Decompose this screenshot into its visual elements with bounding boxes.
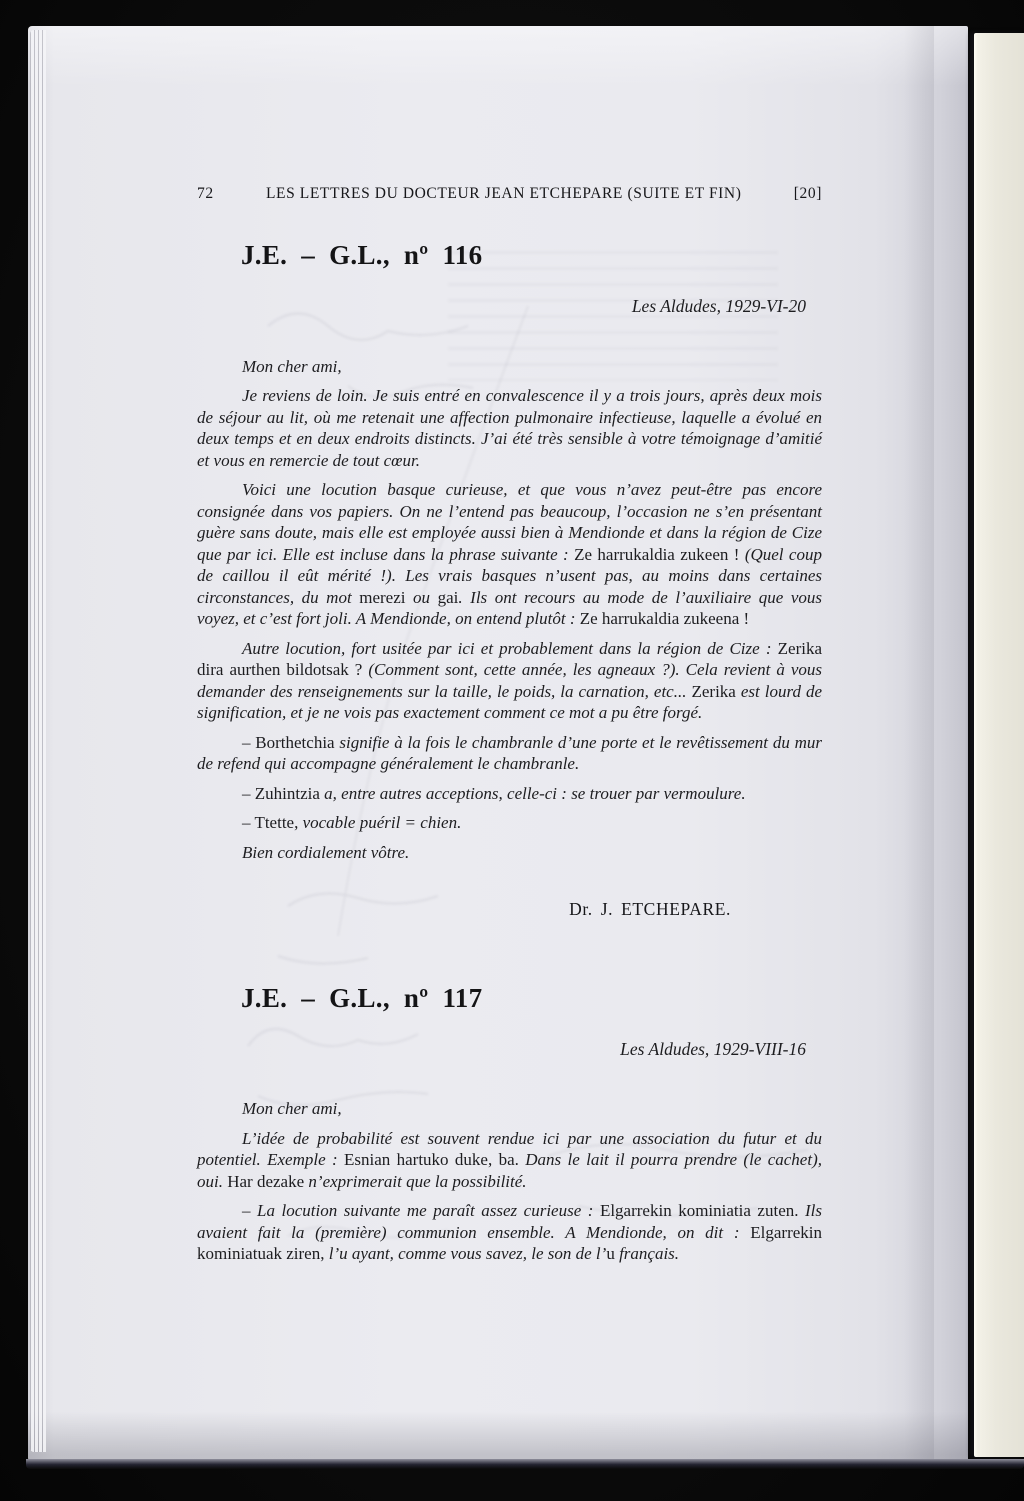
french-text: l’u ayant, comme vous savez, le son de l… xyxy=(329,1244,607,1263)
basque-term: merezi xyxy=(359,588,405,607)
letter-116-title: J.E. – G.L., nº 116 xyxy=(241,240,822,270)
letter-paragraph: – Ttette, vocable puéril = chien. xyxy=(197,812,822,834)
french-text: – La locution suivante me paraît assez c… xyxy=(242,1201,600,1220)
basque-term: Ze harrukaldia zukeen ! xyxy=(574,545,745,564)
book-page: 72 LES LETTRES DU DOCTEUR JEAN ETCHEPARE… xyxy=(28,26,968,1462)
page-number: 72 xyxy=(197,184,214,204)
letter-paragraph: Autre locution, fort usitée par ici et p… xyxy=(197,638,822,724)
french-text: n’exprimerait que la possibilité. xyxy=(308,1172,526,1191)
letter-116: J.E. – G.L., nº 116 Les Aldudes, 1929-VI… xyxy=(197,240,822,921)
next-page-edge xyxy=(974,33,1024,1457)
letter-117: J.E. – G.L., nº 117 Les Aldudes, 1929-VI… xyxy=(197,983,822,1265)
letter-116-dateline: Les Aldudes, 1929-VI-20 xyxy=(197,296,822,318)
letter-116-body: Je reviens de loin. Je suis entré en con… xyxy=(197,385,822,834)
page-header: 72 LES LETTRES DU DOCTEUR JEAN ETCHEPARE… xyxy=(197,184,822,204)
letter-paragraph: L’idée de probabilité est souvent rendue… xyxy=(197,1128,822,1193)
french-text: a, entre autres acceptions, celle-ci : s… xyxy=(324,784,745,803)
french-text: Je reviens de loin. Je suis entré en con… xyxy=(197,386,822,470)
letter-117-dateline: Les Aldudes, 1929-VIII-16 xyxy=(197,1039,822,1061)
french-text: Autre locution, fort usitée par ici et p… xyxy=(242,639,778,658)
basque-term: – Ttette, xyxy=(242,813,303,832)
basque-term: u xyxy=(606,1244,615,1263)
header-bracket-ref: [20] xyxy=(794,184,822,204)
french-text: ou xyxy=(405,588,437,607)
basque-term: Elgarrekin kominiatia zuten. xyxy=(600,1201,805,1220)
basque-term: Zerika xyxy=(691,682,735,701)
french-text: français. xyxy=(615,1244,679,1263)
basque-term: gai xyxy=(438,588,459,607)
book-bottom-edge xyxy=(26,1459,1024,1469)
page-content: 72 LES LETTRES DU DOCTEUR JEAN ETCHEPARE… xyxy=(197,26,822,1265)
basque-term: Ze harrukaldia zukeena ! xyxy=(580,609,749,628)
running-title: LES LETTRES DU DOCTEUR JEAN ETCHEPARE (S… xyxy=(214,184,794,204)
letter-116-closing: Bien cordialement vôtre. xyxy=(197,842,822,864)
letter-paragraph: Voici une locution basque curieuse, et q… xyxy=(197,479,822,630)
letter-116-salutation: Mon cher ami, xyxy=(197,356,822,378)
letter-paragraph: – Borthetchia signifie à la fois le cham… xyxy=(197,732,822,775)
letter-117-title: J.E. – G.L., nº 117 xyxy=(241,983,822,1013)
basque-term: Esnian hartuko duke, ba. xyxy=(344,1150,525,1169)
basque-term: – Zuhintzia xyxy=(242,784,324,803)
french-text: vocable puéril = chien. xyxy=(303,813,462,832)
letter-paragraph: Je reviens de loin. Je suis entré en con… xyxy=(197,385,822,471)
letter-117-body: L’idée de probabilité est souvent rendue… xyxy=(197,1128,822,1265)
letter-paragraph: – Zuhintzia a, entre autres acceptions, … xyxy=(197,783,822,805)
letter-117-salutation: Mon cher ami, xyxy=(197,1098,822,1120)
letter-116-signature: Dr. J. ETCHEPARE. xyxy=(197,899,822,921)
basque-term: – Borthetchia xyxy=(242,733,339,752)
letter-paragraph: – La locution suivante me paraît assez c… xyxy=(197,1200,822,1265)
basque-term: Har dezake xyxy=(227,1172,308,1191)
